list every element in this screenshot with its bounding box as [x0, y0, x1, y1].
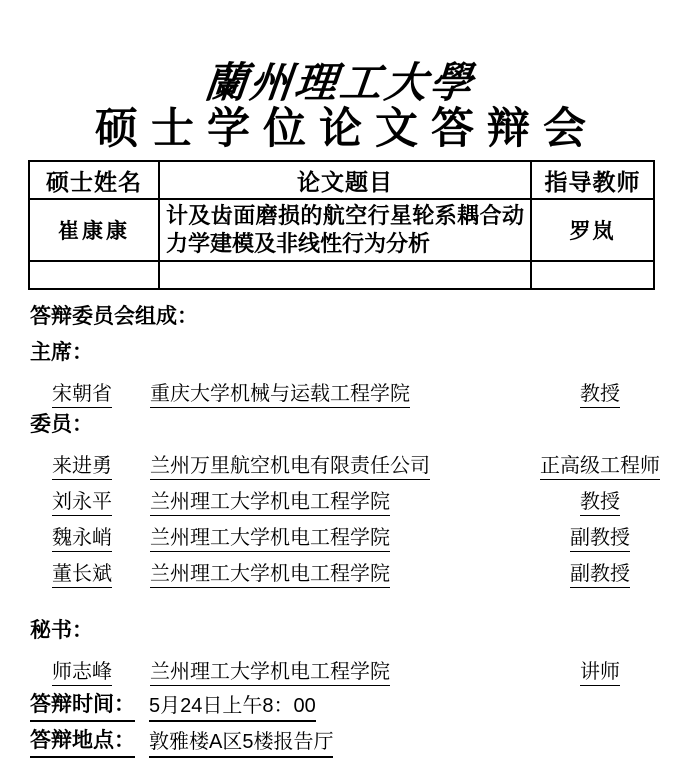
committee-member-row: 刘永平 兰州理工大学机电工程学院 教授: [30, 480, 681, 516]
committee-section: 答辩委员会组成： 主席： 宋朝省 重庆大学机械与运载工程学院 教授 委员： 来进…: [30, 300, 681, 758]
person-name: 魏永峭: [52, 527, 112, 552]
defense-time-row: 答辩时间： 5月24日上午8：00: [30, 686, 681, 722]
column-gap: [130, 406, 150, 408]
empty-cell: [29, 261, 159, 289]
defense-time-label: 答辩时间：: [30, 688, 135, 722]
defense-table: 硕士姓名 论文题目 指导教师 崔康康 计及齿面磨损的航空行星轮系耦合动力学建模及…: [28, 160, 655, 290]
table-row-empty: [29, 261, 654, 289]
committee-member-row: 董长斌 兰州理工大学机电工程学院 副教授: [30, 552, 681, 588]
secretary-label: 秘书：: [30, 614, 681, 650]
person-affiliation: 重庆大学机械与运载工程学院: [150, 383, 410, 408]
person-name: 师志峰: [52, 661, 112, 686]
person-title: 讲师: [580, 661, 620, 686]
advisor-name-cell: 罗岚: [531, 199, 654, 261]
secretary-row: 师志峰 兰州理工大学机电工程学院 讲师: [30, 650, 681, 686]
person-title: 正高级工程师: [540, 455, 660, 480]
student-name-cell: 崔康康: [29, 199, 159, 261]
person-affiliation: 兰州理工大学机电工程学院: [150, 661, 390, 686]
column-gap: [130, 684, 150, 686]
column-gap: [130, 586, 150, 588]
defense-time-value: 5月24日上午8：00: [149, 689, 316, 722]
header-cell-student-name: 硕士姓名: [29, 161, 159, 199]
spacer: [30, 588, 681, 614]
thesis-title-cell: 计及齿面磨损的航空行星轮系耦合动力学建模及非线性行为分析: [159, 199, 531, 261]
chair-label: 主席：: [30, 336, 681, 372]
person-affiliation: 兰州理工大学机电工程学院: [150, 527, 390, 552]
person-title: 副教授: [570, 563, 630, 588]
person-name: 宋朝省: [52, 383, 112, 408]
committee-member-row: 魏永峭 兰州理工大学机电工程学院 副教授: [30, 516, 681, 552]
university-logo: 蘭州理工大學: [0, 0, 681, 105]
person-title: 副教授: [570, 527, 630, 552]
defense-place-value: 敦雅楼A区5楼报告厅: [149, 725, 333, 758]
header-cell-advisor: 指导教师: [531, 161, 654, 199]
page-title: 硕士学位论文答辩会: [0, 105, 681, 157]
header-cell-thesis-title: 论文题目: [159, 161, 531, 199]
empty-cell: [531, 261, 654, 289]
defense-place-row: 答辩地点： 敦雅楼A区5楼报告厅: [30, 722, 681, 758]
defense-announcement-document: 蘭州理工大學 硕士学位论文答辩会 硕士姓名 论文题目 指导教师 崔康康 计及齿面…: [0, 0, 681, 770]
defense-place-label: 答辩地点：: [30, 724, 135, 758]
university-logo-text: 蘭州理工大學: [202, 50, 478, 110]
person-title: 教授: [580, 491, 620, 516]
committee-heading: 答辩委员会组成：: [30, 300, 681, 336]
empty-cell: [159, 261, 531, 289]
person-affiliation: 兰州理工大学机电工程学院: [150, 563, 390, 588]
person-affiliation: 兰州理工大学机电工程学院: [150, 491, 390, 516]
column-gap: [130, 478, 150, 480]
column-gap: [130, 550, 150, 552]
person-name: 来进勇: [52, 455, 112, 480]
person-title: 教授: [580, 383, 620, 408]
table-row: 崔康康 计及齿面磨损的航空行星轮系耦合动力学建模及非线性行为分析 罗岚: [29, 199, 654, 261]
members-label: 委员：: [30, 408, 681, 444]
table-header-row: 硕士姓名 论文题目 指导教师: [29, 161, 654, 199]
committee-member-row: 来进勇 兰州万里航空机电有限责任公司 正高级工程师: [30, 444, 681, 480]
committee-chair-row: 宋朝省 重庆大学机械与运载工程学院 教授: [30, 372, 681, 408]
person-name: 刘永平: [52, 491, 112, 516]
person-name: 董长斌: [52, 563, 112, 588]
person-affiliation: 兰州万里航空机电有限责任公司: [150, 455, 430, 480]
column-gap: [130, 514, 150, 516]
